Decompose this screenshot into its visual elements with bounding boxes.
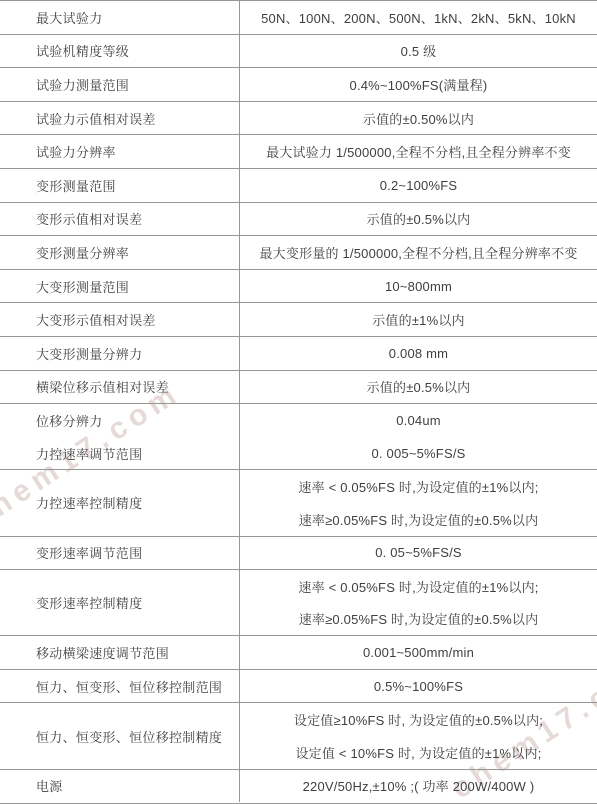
row-label: 试验机精度等级 — [0, 35, 240, 68]
table-row: 大变形示值相对误差示值的±1%以内 — [0, 302, 597, 336]
row-value: 0.4%~100%FS(满量程) — [240, 68, 597, 101]
row-label: 电源 — [0, 770, 240, 803]
value-line: 0.5%~100%FS — [240, 670, 597, 703]
table-row: 最大试验力50N、100N、200N、500N、1kN、2kN、5kN、10kN — [0, 1, 597, 34]
value-line: 0.008 mm — [240, 337, 597, 370]
value-line: 0.001~500mm/min — [240, 636, 597, 669]
table-row: 大变形测量分辨力0.008 mm — [0, 336, 597, 370]
row-value: 0. 005~5%FS/S — [240, 437, 597, 470]
value-line: 0.5 级 — [240, 35, 597, 68]
table-row: 横梁位移示值相对误差示值的±0.5%以内 — [0, 370, 597, 404]
row-value: 0.5 级 — [240, 35, 597, 68]
spec-table: 最大试验力50N、100N、200N、500N、1kN、2kN、5kN、10kN… — [0, 0, 597, 804]
row-value: 0.2~100%FS — [240, 169, 597, 202]
value-line: 速率 < 0.05%FS 时,为设定值的±1%以内; — [240, 470, 597, 503]
row-value: 0.04um — [240, 404, 597, 437]
value-line: 设定值 < 10%FS 时, 为设定值的±1%以内; — [240, 736, 597, 769]
table-row: 试验力测量范围0.4%~100%FS(满量程) — [0, 67, 597, 101]
row-value: 0. 05~5%FS/S — [240, 537, 597, 570]
row-label: 大变形测量分辨力 — [0, 337, 240, 370]
value-line: 0.04um — [240, 404, 597, 437]
table-row: 恒力、恒变形、恒位移控制范围0.5%~100%FS — [0, 669, 597, 703]
row-value: 220V/50Hz,±10% ;( 功率 200W/400W ) — [240, 770, 597, 803]
table-row: 试验机精度等级0.5 级 — [0, 34, 597, 68]
value-line: 速率≥0.05%FS 时,为设定值的±0.5%以内 — [240, 603, 597, 636]
table-row: 变形测量范围0.2~100%FS — [0, 168, 597, 202]
table-row: 变形速率调节范围0. 05~5%FS/S — [0, 536, 597, 570]
table-row: 变形测量分辨率最大变形量的 1/500000,全程不分档,且全程分辨率不变 — [0, 235, 597, 269]
row-value: 示值的±0.5%以内 — [240, 371, 597, 404]
row-label: 变形示值相对误差 — [0, 203, 240, 236]
row-label: 位移分辨力 — [0, 404, 240, 437]
value-line: 示值的±0.50%以内 — [240, 102, 597, 135]
row-value: 10~800mm — [240, 270, 597, 303]
value-line: 示值的±0.5%以内 — [240, 371, 597, 404]
row-value: 速率 < 0.05%FS 时,为设定值的±1%以内;速率≥0.05%FS 时,为… — [240, 470, 597, 535]
value-line: 220V/50Hz,±10% ;( 功率 200W/400W ) — [240, 770, 597, 803]
table-row: 变形示值相对误差示值的±0.5%以内 — [0, 202, 597, 236]
row-label: 恒力、恒变形、恒位移控制精度 — [0, 703, 240, 768]
row-label: 最大试验力 — [0, 1, 240, 34]
row-label: 试验力测量范围 — [0, 68, 240, 101]
value-line: 50N、100N、200N、500N、1kN、2kN、5kN、10kN — [240, 1, 597, 34]
row-value: 0.008 mm — [240, 337, 597, 370]
row-label: 力控速率控制精度 — [0, 470, 240, 535]
value-line: 速率≥0.05%FS 时,为设定值的±0.5%以内 — [240, 503, 597, 536]
value-line: 0. 005~5%FS/S — [240, 437, 597, 470]
row-value: 最大变形量的 1/500000,全程不分档,且全程分辨率不变 — [240, 236, 597, 269]
value-line: 最大变形量的 1/500000,全程不分档,且全程分辨率不变 — [240, 236, 597, 269]
value-line: 最大试验力 1/500000,全程不分档,且全程分辨率不变 — [240, 135, 597, 168]
value-line: 0.4%~100%FS(满量程) — [240, 68, 597, 101]
row-value: 速率 < 0.05%FS 时,为设定值的±1%以内;速率≥0.05%FS 时,为… — [240, 570, 597, 635]
table-row: 移动横梁速度调节范围0.001~500mm/min — [0, 635, 597, 669]
row-label: 变形测量范围 — [0, 169, 240, 202]
row-value: 示值的±0.5%以内 — [240, 203, 597, 236]
row-value: 0.001~500mm/min — [240, 636, 597, 669]
value-line: 设定值≥10%FS 时, 为设定值的±0.5%以内; — [240, 703, 597, 736]
value-line: 示值的±0.5%以内 — [240, 203, 597, 236]
table-row: 试验力示值相对误差示值的±0.50%以内 — [0, 101, 597, 135]
row-value: 设定值≥10%FS 时, 为设定值的±0.5%以内;设定值 < 10%FS 时,… — [240, 703, 597, 768]
row-label: 变形速率调节范围 — [0, 537, 240, 570]
row-value: 示值的±1%以内 — [240, 303, 597, 336]
value-line: 0.2~100%FS — [240, 169, 597, 202]
row-value: 最大试验力 1/500000,全程不分档,且全程分辨率不变 — [240, 135, 597, 168]
row-label: 横梁位移示值相对误差 — [0, 371, 240, 404]
row-label: 力控速率调节范围 — [0, 437, 240, 470]
value-line: 速率 < 0.05%FS 时,为设定值的±1%以内; — [240, 570, 597, 603]
row-label: 大变形示值相对误差 — [0, 303, 240, 336]
row-label: 变形速率控制精度 — [0, 570, 240, 635]
row-label: 试验力分辨率 — [0, 135, 240, 168]
row-label: 恒力、恒变形、恒位移控制范围 — [0, 670, 240, 703]
table-row: 力控速率调节范围0. 005~5%FS/S — [0, 437, 597, 470]
row-label: 大变形测量范围 — [0, 270, 240, 303]
row-value: 50N、100N、200N、500N、1kN、2kN、5kN、10kN — [240, 1, 597, 34]
table-row: 变形速率控制精度速率 < 0.05%FS 时,为设定值的±1%以内;速率≥0.0… — [0, 569, 597, 635]
table-row: 力控速率控制精度速率 < 0.05%FS 时,为设定值的±1%以内;速率≥0.0… — [0, 469, 597, 535]
value-line: 示值的±1%以内 — [240, 303, 597, 336]
table-row: 电源220V/50Hz,±10% ;( 功率 200W/400W ) — [0, 769, 597, 803]
table-row: 位移分辨力0.04um — [0, 403, 597, 437]
table-row: 试验力分辨率最大试验力 1/500000,全程不分档,且全程分辨率不变 — [0, 134, 597, 168]
row-label: 移动横梁速度调节范围 — [0, 636, 240, 669]
value-line: 10~800mm — [240, 270, 597, 303]
row-value: 示值的±0.50%以内 — [240, 102, 597, 135]
row-label: 变形测量分辨率 — [0, 236, 240, 269]
table-row: 大变形测量范围10~800mm — [0, 269, 597, 303]
table-row: 恒力、恒变形、恒位移控制精度设定值≥10%FS 时, 为设定值的±0.5%以内;… — [0, 702, 597, 768]
value-line: 0. 05~5%FS/S — [240, 537, 597, 570]
row-value: 0.5%~100%FS — [240, 670, 597, 703]
row-label: 试验力示值相对误差 — [0, 102, 240, 135]
